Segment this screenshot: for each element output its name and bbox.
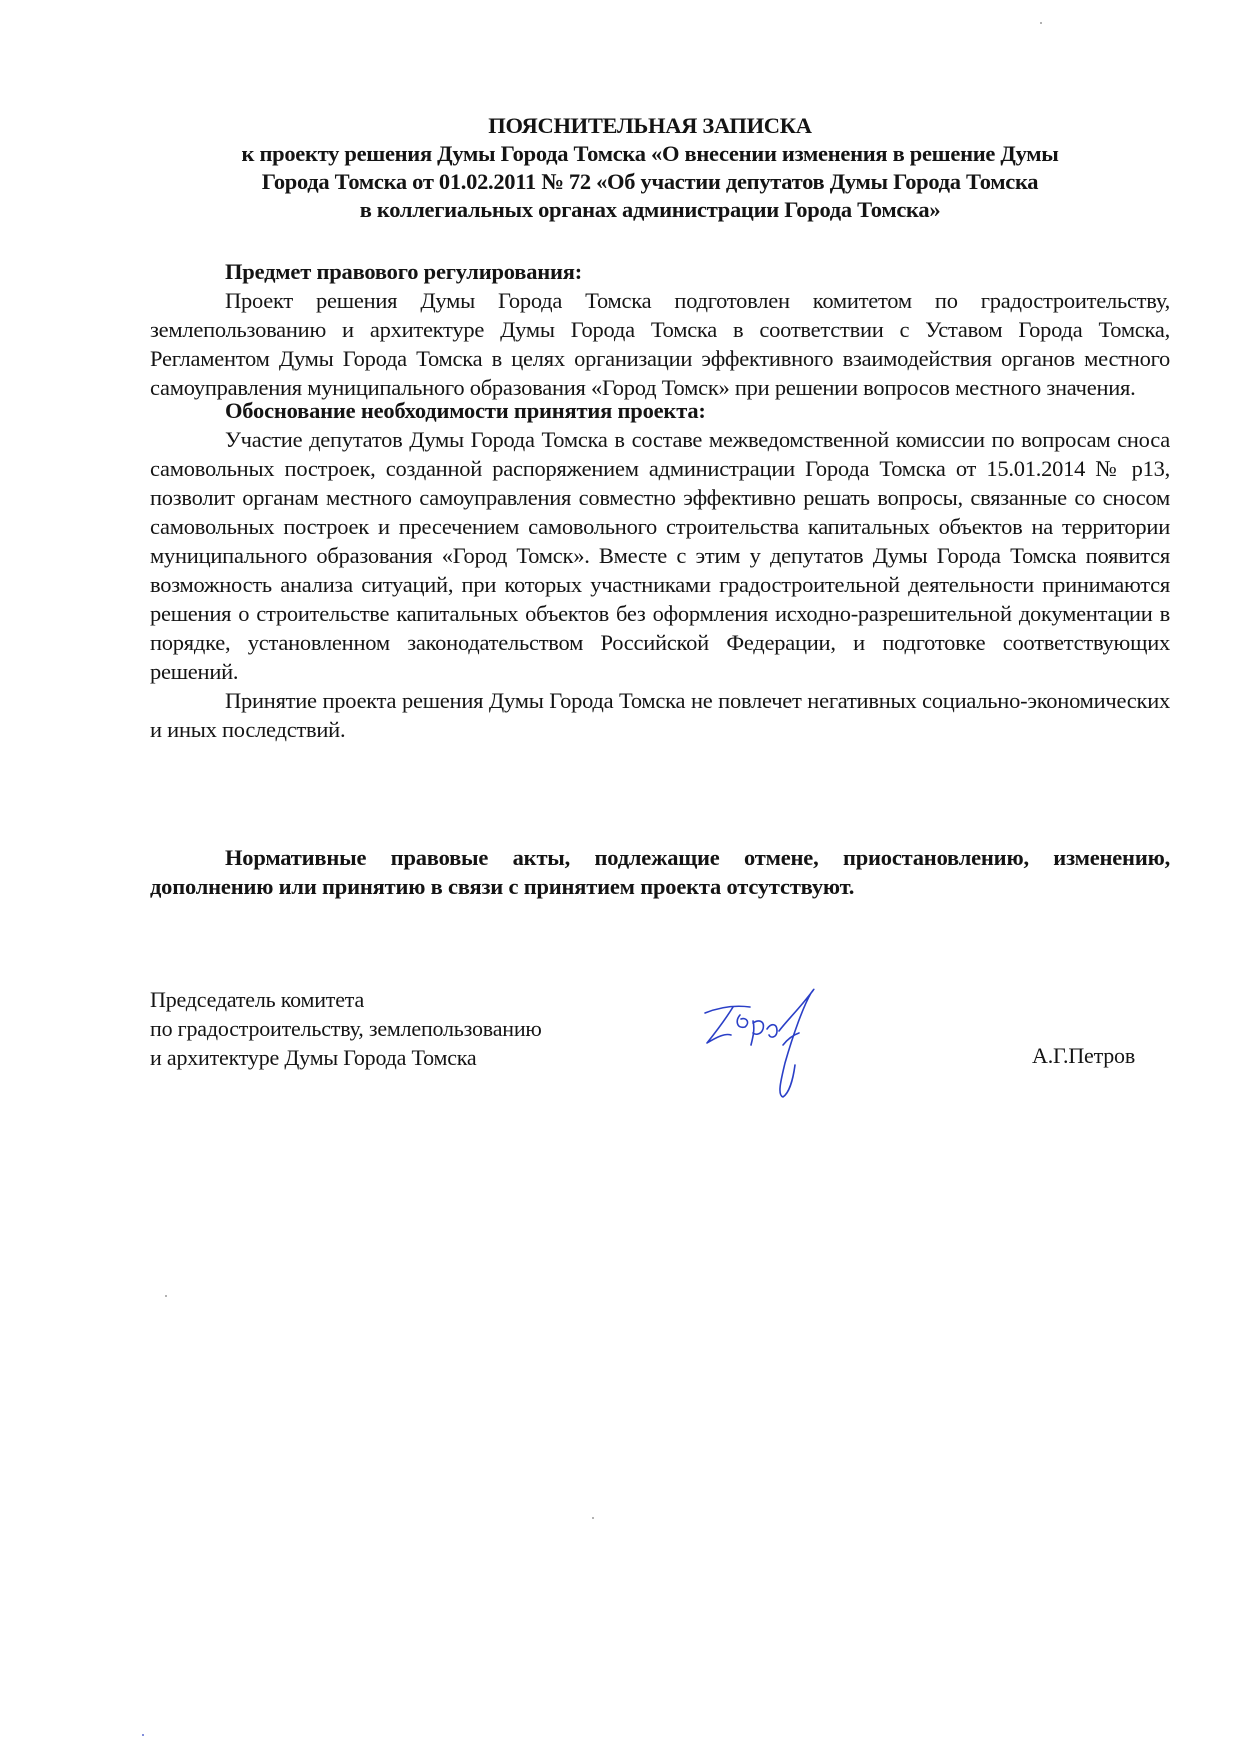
signer-position-line: Председатель комитета <box>150 985 542 1014</box>
handwritten-signature-icon <box>695 985 855 1110</box>
scan-speck <box>142 1734 144 1736</box>
subtitle-line: в коллегиальных органах администрации Го… <box>150 196 1150 224</box>
scan-speck <box>592 1517 594 1519</box>
scan-speck <box>1040 22 1042 24</box>
signer-position-line: по градостроительству, землепользованию <box>150 1014 542 1043</box>
signer-name: А.Г.Петров <box>1032 1043 1135 1069</box>
signer-position-line: и архитектуре Думы Города Томска <box>150 1043 542 1072</box>
signer-position: Председатель комитета по градостроительс… <box>150 985 542 1072</box>
section-justification: Обоснование необходимости принятия проек… <box>150 396 1170 744</box>
section-heading: Обоснование необходимости принятия проек… <box>150 396 1170 425</box>
document-page: ПОЯСНИТЕЛЬНАЯ ЗАПИСКА к проекту решения … <box>0 0 1240 1753</box>
subtitle-line: к проекту решения Думы Города Томска «О … <box>150 140 1150 168</box>
section-heading: Предмет правового регулирования: <box>150 257 1170 286</box>
section-subject-of-regulation: Предмет правового регулирования: Проект … <box>150 257 1170 402</box>
subtitle-line: Города Томска от 01.02.2011 № 72 «Об уча… <box>150 168 1150 196</box>
section-paragraph: Принятие проекта решения Думы Города Том… <box>150 686 1170 744</box>
document-title: ПОЯСНИТЕЛЬНАЯ ЗАПИСКА <box>150 112 1150 140</box>
section-paragraph: Участие депутатов Думы Города Томска в с… <box>150 425 1170 686</box>
section-paragraph: Проект решения Думы Города Томска подгот… <box>150 286 1170 402</box>
document-title-block: ПОЯСНИТЕЛЬНАЯ ЗАПИСКА к проекту решения … <box>150 112 1150 224</box>
closing-statement: Нормативные правовые акты, подлежащие от… <box>150 843 1170 901</box>
closing-statement-block: Нормативные правовые акты, подлежащие от… <box>150 843 1170 901</box>
scan-speck <box>165 1295 167 1297</box>
